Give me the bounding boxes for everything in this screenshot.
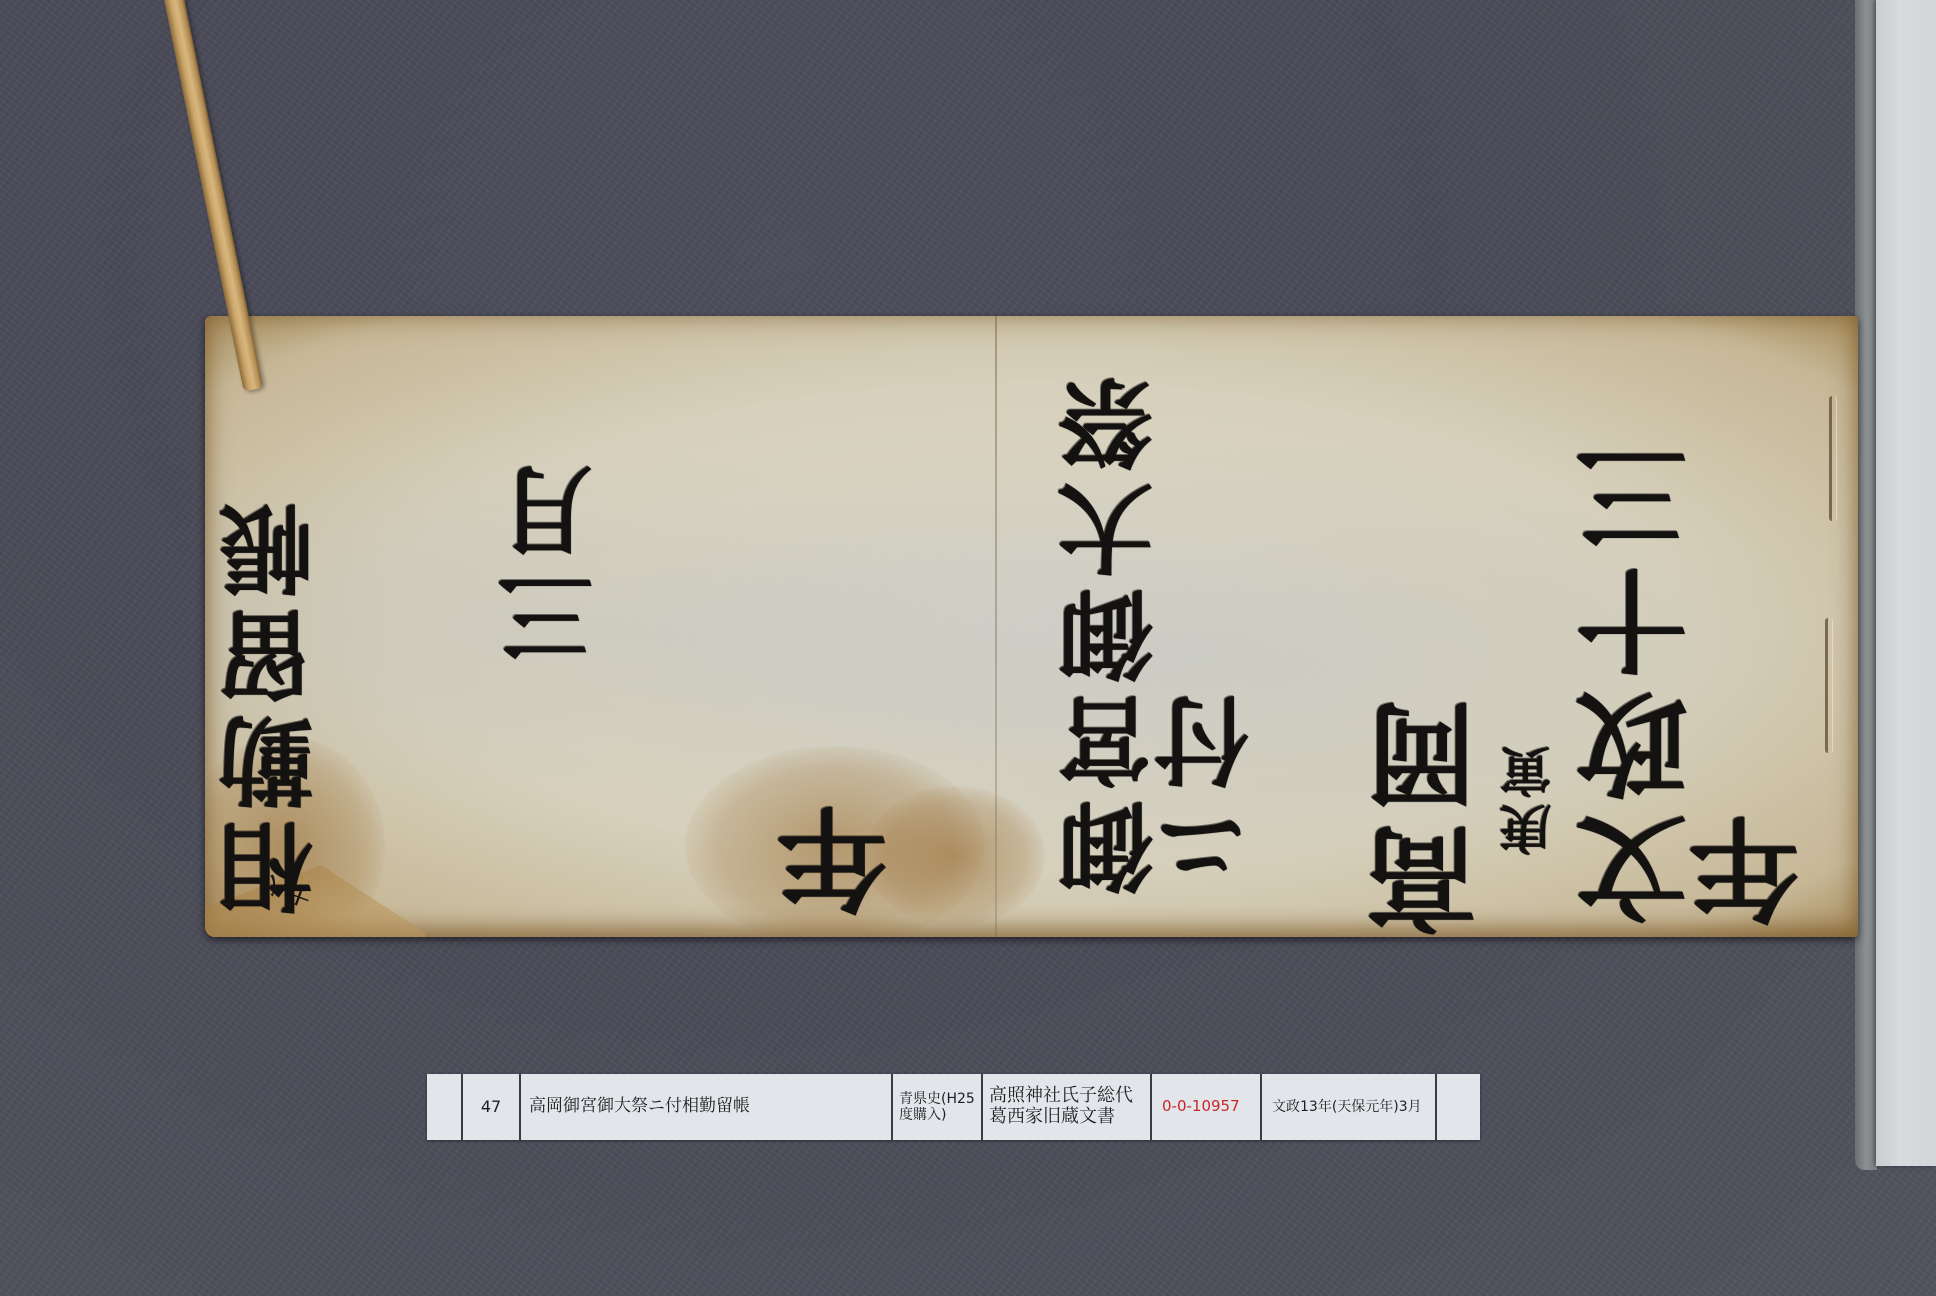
calligraphy-column-nen: 年 [785,786,897,916]
label-collection-line2: 葛西家旧蔵文書 [989,1107,1115,1128]
binding-string [1829,396,1837,521]
label-collection-line1: 高照神社氏子総代 [989,1086,1133,1107]
catalog-label: 47 高岡御宮御大祭ニ付相勤留帳 青県史(H25 度購入) 高照神社氏子総代 葛… [427,1074,1480,1140]
label-source-line1: 青県史(H25 [899,1091,975,1107]
label-source-line2: 度購入) [899,1107,946,1123]
calligraphy-column-eto: 庚寅 [1505,696,1557,856]
white-board [1876,0,1936,1166]
binding-string [1825,618,1833,753]
calligraphy-column-takaoka: 高岡 [1375,336,1487,936]
label-date: 文政13年(天保元年)3月 [1262,1074,1437,1140]
calligraphy-column-month: 三月 [505,346,601,666]
label-cell-blank-left [427,1074,463,1140]
label-title: 高岡御宮御大祭ニ付相勤留帳 [521,1074,893,1140]
label-source: 青県史(H25 度購入) [893,1074,983,1140]
fold-line [995,316,997,937]
label-collection: 高照神社氏子総代 葛西家旧蔵文書 [983,1074,1152,1140]
document-cover: 十八 文政十三年 庚寅 高岡 御宮御大祭ニ付 年 三月 相勤留帳 [205,316,1858,937]
label-catalog-id: 0-0-10957 [1152,1074,1262,1140]
label-item-number: 47 [463,1074,521,1140]
label-cell-blank-right [1437,1074,1480,1140]
calligraphy-column-year: 文政十三年 [1585,346,1809,926]
calligraphy-column-taisai: 御宮御大祭ニ付 [1065,336,1257,896]
calligraphy-column-title: 相勤留帳 [225,356,321,916]
board-rail [1855,0,1877,1170]
